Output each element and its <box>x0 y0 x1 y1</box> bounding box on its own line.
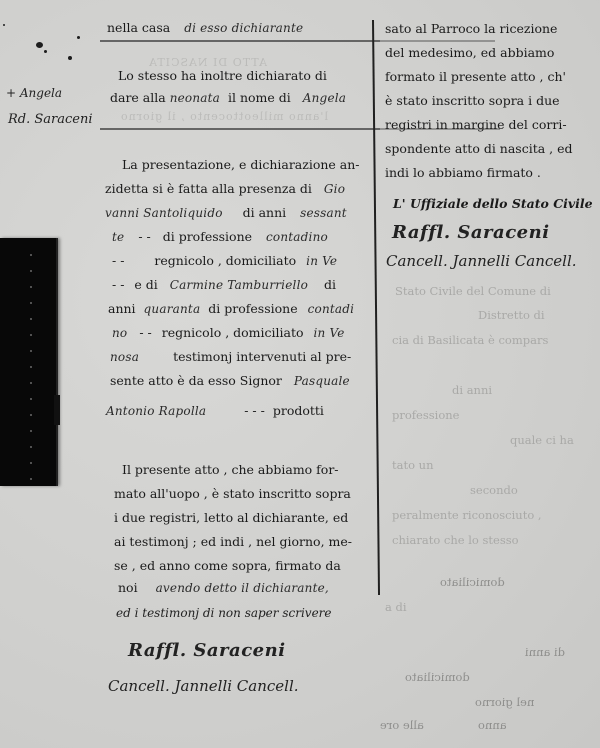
closing-extra-handwritten: ed i testimonj di non saper scrivere <box>116 606 332 620</box>
naming-line-2: dare alla neonata il nome di Angela <box>110 90 346 106</box>
right-line-7: indi lo abbiamo firmato . <box>385 165 541 181</box>
closing-line-4: ai testimonj ; ed indi , nel giorno, me- <box>114 534 352 550</box>
dash: - - <box>138 229 150 244</box>
bleed-line: professione <box>392 408 459 422</box>
witness2-name: Carmine Tamburriello <box>170 278 308 292</box>
witness-line-6: - - e di Carmine Tamburriello di <box>112 277 336 293</box>
dash: - - - <box>244 403 265 418</box>
closing-line-6: noi avendo detto il dichiarante, <box>118 580 329 596</box>
horizontal-rule-right-top <box>380 40 495 42</box>
witness-line-9: nosa testimonj intervenuti al pre- <box>110 349 351 365</box>
bleed-line-mirrored: di anni <box>525 645 565 659</box>
margin-note-line2: Rd. Saraceni <box>8 112 93 127</box>
handwritten-text: sessant <box>300 206 347 220</box>
dash: - - <box>112 277 124 292</box>
printed-text: di <box>324 277 336 292</box>
bleed-line: peralmente riconosciuto , <box>392 508 542 522</box>
closing-line-3: i due registri, letto al dichiarante, ed <box>114 510 348 526</box>
margin-note-line1: + Angela <box>6 86 62 100</box>
right-line-3: formato il presente atto , ch' <box>385 69 566 85</box>
printed-text: di anni <box>243 205 287 220</box>
witness-line-7: anni quaranta di professione contadi <box>108 301 354 317</box>
witness-line-11: Antonio Rapolla - - - prodotti <box>106 403 324 419</box>
declarant-first-name: Pasquale <box>294 374 350 388</box>
ink-blot <box>36 42 43 48</box>
printed-text: testimonj intervenuti al pre- <box>173 349 351 364</box>
handwritten-text: in Ve <box>306 254 337 268</box>
binder-tab <box>54 395 60 425</box>
binder-clip <box>0 238 58 486</box>
bleed-through-line: l'anno milleottocento , il giorno <box>120 110 328 123</box>
witness-line-10: sente atto è da esso Signor Pasquale <box>110 373 350 389</box>
printed-text: sente atto è da esso Signor <box>110 373 282 388</box>
ink-blot <box>44 50 47 53</box>
handwritten-text: quaranta <box>144 302 201 316</box>
chancellor-signature-left: Cancell. Jannelli Cancell. <box>108 677 299 695</box>
officer-signature-right: Raffl. Saraceni <box>392 222 550 243</box>
binder-perforations <box>30 240 32 480</box>
child-name: Angela <box>303 91 346 105</box>
right-line-2: del medesimo, ed abbiamo <box>385 45 554 61</box>
printed-text: di professione <box>208 301 297 316</box>
top-line: nella casa di esso dichiarante <box>107 20 303 36</box>
printed-text: di professione <box>163 229 252 244</box>
officer-signature-left: Raffl. Saraceni <box>128 640 286 661</box>
right-line-1: sato al Parroco la ricezione <box>385 21 557 37</box>
handwritten-text: avendo detto il dichiarante, <box>156 581 329 595</box>
handwritten-text: in Ve <box>314 326 345 340</box>
handwritten-text: di esso dichiarante <box>184 21 303 35</box>
witness-line-4: te - - di professione contadino <box>112 229 328 245</box>
bleed-line: Stato Civile del Comune di <box>395 284 551 298</box>
handwritten-text: Gio <box>324 182 345 196</box>
bleed-line: di anni <box>452 383 492 397</box>
witness-line-2: zidetta si è fatta alla presenza di Gio <box>105 181 345 197</box>
bleed-line-mirrored: domiciliato <box>440 575 505 589</box>
printed-text: noi <box>118 580 138 595</box>
right-line-5: registri in margine del corri- <box>385 117 567 133</box>
handwritten-text: te <box>112 230 124 244</box>
printed-text: regnicolo , domiciliato <box>162 325 304 340</box>
ink-blot <box>68 56 72 60</box>
bleed-line: secondo <box>470 483 518 497</box>
ink-blot <box>3 24 5 26</box>
handwritten-text: neonata <box>170 91 220 105</box>
closing-line-1: Il presente atto , che abbiamo for- <box>122 462 339 478</box>
officer-title: L' Uffiziale dello Stato Civile <box>393 196 593 211</box>
right-line-4: è stato inscritto sopra i due <box>385 93 560 109</box>
witness1-name: vanni Santoliquido <box>105 206 223 220</box>
horizontal-rule-top <box>100 40 380 42</box>
column-divider <box>372 20 380 595</box>
printed-text: dare alla <box>110 90 166 105</box>
printed-text: e di <box>134 277 157 292</box>
printed-text: zidetta si è fatta alla presenza di <box>105 181 312 196</box>
chancellor-signature-right: Cancell. Jannelli Cancell. <box>386 252 577 270</box>
bleed-line: cia di Basilicata è compars <box>392 333 548 347</box>
witness-line-1: La presentazione, e dichiarazione an- <box>122 157 360 173</box>
document-page: ATTO DI NASCITA l'anno milleottocento , … <box>0 0 600 748</box>
bleed-line-mirrored: alle ore <box>380 718 424 732</box>
witness-line-8: no - - regnicolo , domiciliato in Ve <box>112 325 345 341</box>
bleed-line: tato un <box>392 458 434 472</box>
closing-line-5: se , ed anno come sopra, firmato da <box>114 558 341 574</box>
closing-line-2: mato all'uopo , è stato inscritto sopra <box>114 486 351 502</box>
bleed-line: a di <box>385 600 407 614</box>
dash: - - <box>112 253 124 268</box>
naming-line-1: Lo stesso ha inoltre dichiarato di <box>118 68 327 84</box>
bleed-line-mirrored: domiciliato <box>405 670 470 684</box>
ink-blot <box>77 36 80 39</box>
horizontal-rule-middle <box>100 128 380 130</box>
bleed-line: Distretto di <box>478 308 545 322</box>
printed-text: prodotti <box>273 403 324 418</box>
bleed-line: chiarato che lo stesso <box>392 533 519 547</box>
printed-text: nella casa <box>107 20 170 35</box>
handwritten-text: no <box>112 326 127 340</box>
right-line-6: spondente atto di nascita , ed <box>385 141 573 157</box>
handwritten-text: contadino <box>266 230 328 244</box>
bleed-line: quale ci ha <box>510 433 574 447</box>
witness-line-5: - - regnicolo , domiciliato in Ve <box>112 253 337 269</box>
printed-text: anni <box>108 301 136 316</box>
printed-text: regnicolo , domiciliato <box>154 253 296 268</box>
dash: - - <box>139 325 151 340</box>
handwritten-text: contadi <box>308 302 355 316</box>
bleed-line-mirrored: anno <box>478 718 507 732</box>
bleed-line-mirrored: nel giorno <box>475 695 534 709</box>
witness-line-3: vanni Santoliquido di anni sessant <box>105 205 347 221</box>
declarant-surname: Antonio Rapolla <box>106 404 206 418</box>
handwritten-text: nosa <box>110 350 139 364</box>
printed-text: il nome di <box>228 90 291 105</box>
